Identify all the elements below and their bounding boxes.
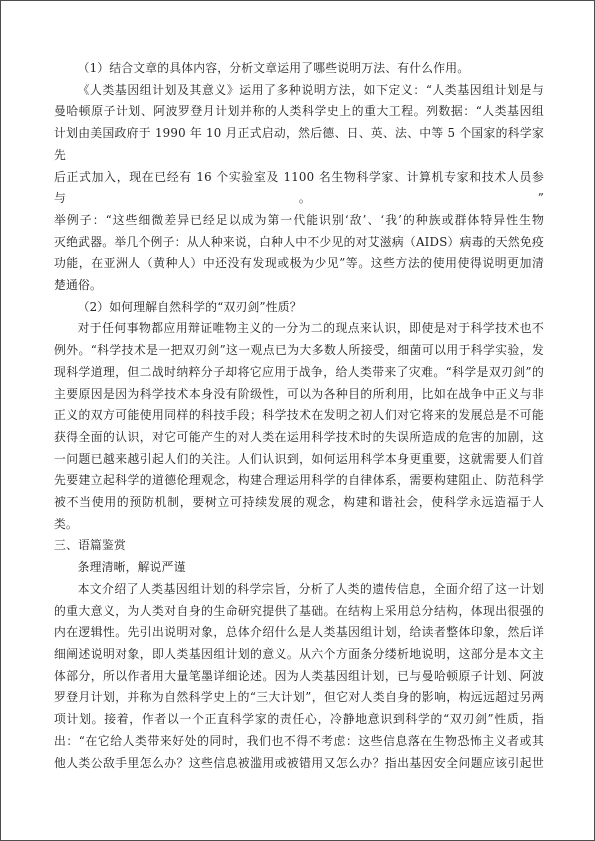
text-line: （1）结合文章的具体内容，分析文章运用了哪些说明万法、有什么作用。 [54,58,544,80]
text-line: 内在逻辑性。先引出说明对象，总体介绍什么是人类基因组计划，给读者整体印象，然后详 [54,622,544,644]
text-line: 体部分，所以作者用大量笔墨详细论述。因为人类基因组计划，已与曼哈顿原子计划、阿波 [54,666,544,688]
text-line: 项计划。接着，作者以一个正直科学家的责任心，冷静地意识到科学的“双刃剑”性质，指 [54,709,544,731]
text-line: 现科学道理，但二战时纳粹分子却将它应用于战争，给人类带来了灾难。“科学是双刃剑”… [54,362,544,384]
document-text: （1）结合文章的具体内容，分析文章运用了哪些说明万法、有什么作用。《人类基因组计… [54,58,544,774]
text-line: 条理清晰，解说严谨 [54,557,544,579]
text-line: （2）如何理解自然科学的“双刃剑”性质？ [54,297,544,319]
text-line: 功能，在亚洲人（黄种人）中还没有发现或极为少见”等。这些方法的使用使得说明更加清 [54,253,544,275]
text-line: 后正式加入，现在已经有 16 个实验室及 1100 名生物科学家、计算机专家和技… [54,167,544,210]
text-line: 细阐述说明对象，即人类基因组计划的意义。从六个方面条分缕析地说明，这部分是本文主 [54,644,544,666]
text-line: 对于任何事物都应用辩证唯物主义的一分为二的现点来认识，即使是对于科学技术也不 [54,318,544,340]
text-line: 曼哈顿原子计划、阿波罗登月计划并称的人类科学史上的重大工程。列数据：“人类基因组 [54,101,544,123]
text-line: 正义的双方可能使用同样的科技手段；科学技术在发明之初人们对它将来的发展总是不可能 [54,405,544,427]
text-line: 主要原因是因为科学技术本身没有阶级性，可以为各种目的所利用，比如在战争中正义与非 [54,384,544,406]
text-line: 举例子：“这些细微差异已经足以成为第一代能识别‘敌’、‘我’的种族或群体特异性生… [54,210,544,232]
text-line: 获得全面的认识，对它可能产生的对人类在运用科学技术时的失误所造成的危害的加剧，这 [54,427,544,449]
text-line: 先要建立起科学的道德伦理观念，构建合理运用科学的自律体系，需要构建阻止、防范科学 [54,470,544,492]
text-line: 出：“在它给人类带来好处的同时，我们也不得不考虑：这些信息落在生物恐怖主义者或其 [54,731,544,753]
text-line: 的重大意义，为人类对自身的生命研究提供了基础。在结构上采用总分结构，体现出很强的 [54,601,544,623]
text-line: 一问题已越来越引起人们的关注。人们认识到，如何运用科学本身更重要，这就需要人们首 [54,449,544,471]
text-line: 三、语篇鉴赏 [54,535,544,557]
text-line: 被不当使用的预防机制，要树立可持续发展的观念，构建和谐社会，使科学永远造福于人 [54,492,544,514]
text-line: 罗登月计划，并称为自然科学史上的“三大计划”，但它对人类自身的影响，构远远超过另… [54,687,544,709]
text-line: 计划由美国政府于 1990 年 10 月正式启动，然后德、日、英、法、中等 5 … [54,123,544,166]
text-line: 他人类公敌手里怎么办？这些信息被滥用或被错用又怎么办？指出基因安全问题应该引起世 [54,753,544,775]
text-line: 《人类基因组计划及其意义》运用了多种说明方法，如下定义：“人类基因组计划是与 [54,80,544,102]
text-line: 本文介绍了人类基因组计划的科学宗旨，分析了人类的遗传信息，全面介绍了这一计划 [54,579,544,601]
text-line: 灭绝武器。举几个例子：从人种来说，白种人中不少见的对艾滋病（AIDS）病毒的天然… [54,232,544,254]
text-line: 楚通俗。 [54,275,544,297]
text-line: 类。 [54,514,544,536]
document-page: （1）结合文章的具体内容，分析文章运用了哪些说明万法、有什么作用。《人类基因组计… [0,0,595,841]
text-line: 例外。“科学技术是一把双刃剑”这一观点已为大多数人所接受，细菌可以用于科学实验，… [54,340,544,362]
